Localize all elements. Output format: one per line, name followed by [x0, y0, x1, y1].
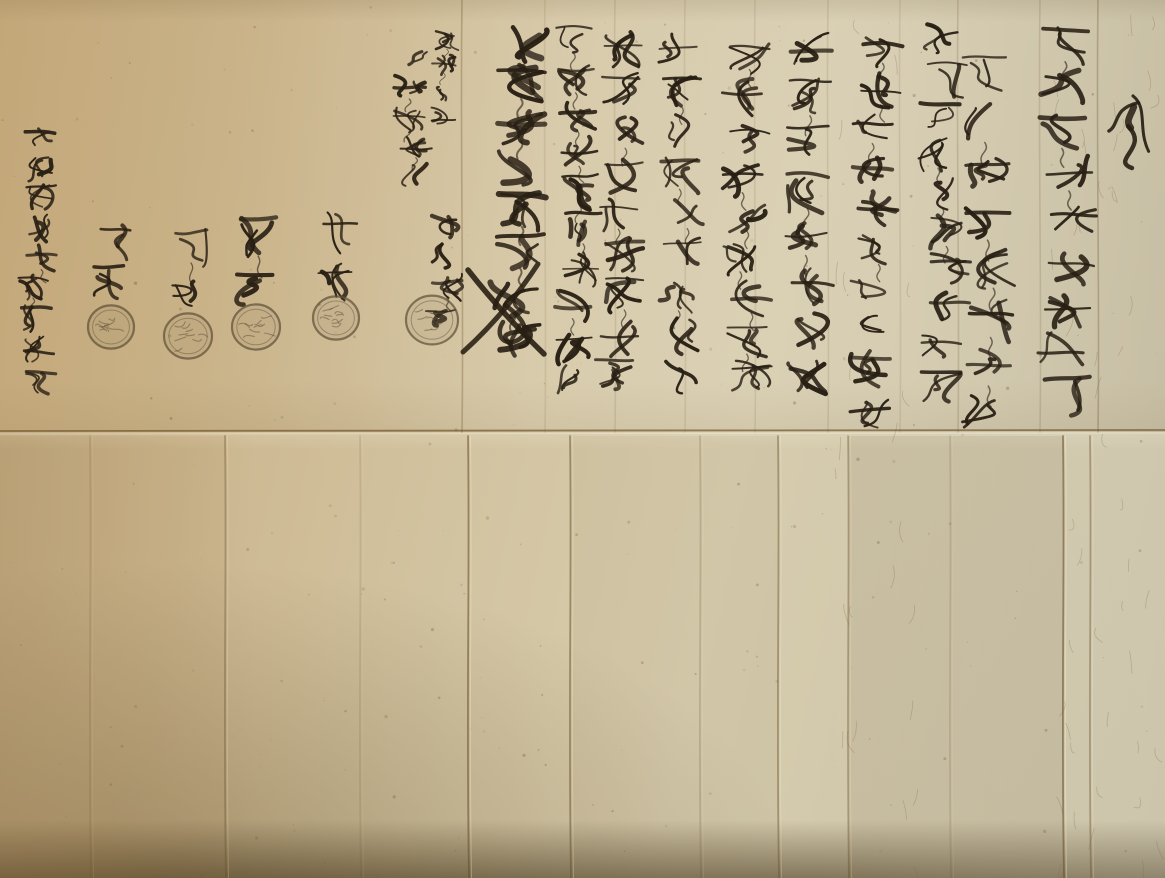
title-char [1109, 96, 1149, 168]
text-column-1 [1038, 28, 1096, 416]
text-column-3 [919, 24, 971, 401]
signature-5 [94, 225, 130, 298]
calligraphy-layer [0, 0, 1165, 878]
signature-2 [318, 213, 357, 301]
text-column-6 [722, 44, 771, 390]
seal-stamp-1 [406, 296, 458, 345]
signature-4 [172, 229, 207, 306]
date-column [393, 52, 431, 186]
era-date-column [432, 31, 459, 123]
seal-stamp-2 [313, 296, 359, 339]
manuscript-photo [0, 0, 1165, 878]
seal-stamp-4 [164, 313, 212, 358]
text-column-4 [850, 38, 902, 428]
seal-stamp-3 [232, 304, 280, 349]
text-column-5 [786, 33, 834, 394]
left-margin-note [19, 129, 57, 394]
seal-stamp-5 [88, 305, 134, 348]
cross-out-mark [463, 264, 544, 354]
text-column-8 [596, 32, 644, 389]
text-column-7 [659, 34, 703, 393]
signature-3 [237, 217, 277, 304]
text-column-2 [963, 56, 1015, 427]
text-column-9 [555, 26, 601, 393]
